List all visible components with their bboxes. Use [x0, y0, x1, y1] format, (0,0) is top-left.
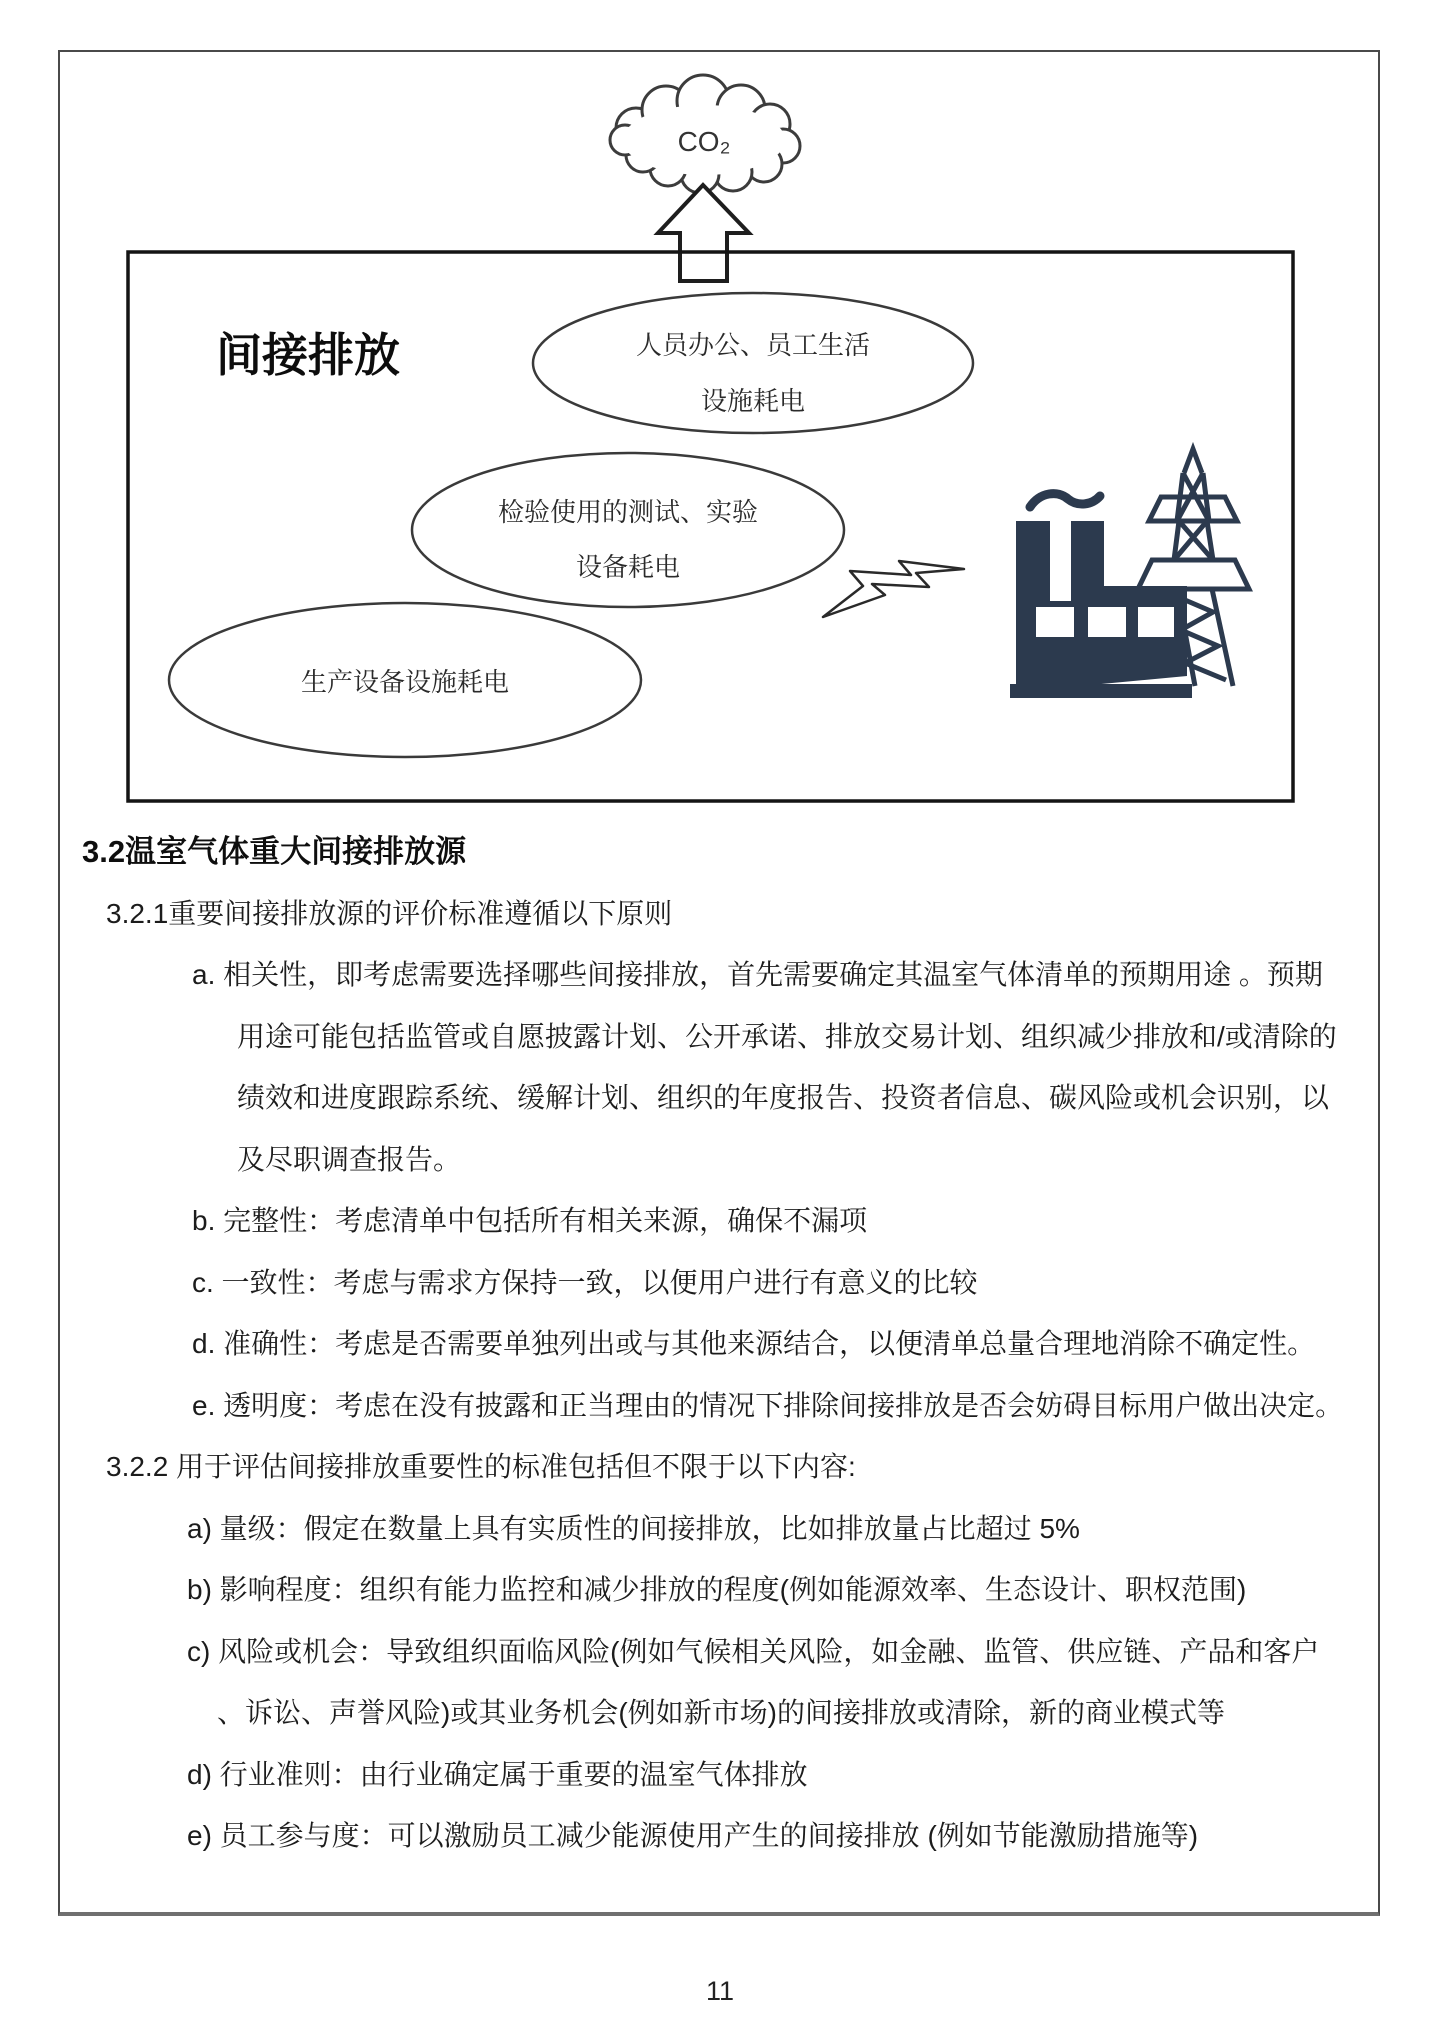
power-plant-icon [1010, 449, 1249, 698]
section-title-3-2-2: 3.2.2 用于评估间接排放重要性的标准包括但不限于以下内容: [0, 1436, 1440, 1498]
section-heading-3-2: 3.2温室气体重大间接排放源 [0, 821, 1440, 883]
oval-testing-line1: 检验使用的测试、实验 [498, 497, 758, 527]
oval-production-line1: 生产设备设施耗电 [301, 667, 509, 697]
document-page: CO₂ 间接排放 人员办公、员工生活 设施耗电 检验使用的测试、实验 设备耗电 … [0, 0, 1440, 2036]
oval-office-power: 人员办公、员工生活 设施耗电 [533, 293, 973, 433]
diagram-title: 间接排放 [216, 329, 400, 381]
co2-cloud-icon: CO₂ [610, 75, 800, 193]
s321-item-c: c. 一致性：考虑与需求方保持一致，以便用户进行有意义的比较 [0, 1252, 1440, 1314]
section-title-3-2-1: 3.2.1重要间接排放源的评价标准遵循以下原则 [0, 883, 1440, 945]
s322-item-c-line1: c) 风险或机会：导致组织面临风险(例如气候相关风险，如金融、监管、供应链、产品… [0, 1621, 1440, 1683]
s321-item-a-line3: 绩效和进度跟踪系统、缓解计划、组织的年度报告、投资者信息、碳风险或机会识别，以 [0, 1067, 1440, 1129]
s322-item-a: a) 量级：假定在数量上具有实质性的间接排放，比如排放量占比超过 5% [0, 1498, 1440, 1560]
s322-item-d: d) 行业准则：由行业确定属于重要的温室气体排放 [0, 1744, 1440, 1806]
document-body: 3.2温室气体重大间接排放源 3.2.1重要间接排放源的评价标准遵循以下原则 a… [0, 821, 1440, 1867]
s321-item-a-line2: 用途可能包括监管或自愿披露计划、公开承诺、排放交易计划、组织减少排放和/或清除的 [0, 1006, 1440, 1068]
co2-label: CO₂ [678, 126, 731, 157]
factory-icon [1010, 494, 1192, 698]
oval-testing-power: 检验使用的测试、实验 设备耗电 [412, 453, 844, 607]
oval-testing-line2: 设备耗电 [576, 552, 680, 582]
s321-item-e: e. 透明度：考虑在没有披露和正当理由的情况下排除间接排放是否会妨碍目标用户做出… [0, 1375, 1440, 1437]
s322-item-e: e) 员工参与度：可以激励员工减少能源使用产生的间接排放 (例如节能激励措施等) [0, 1805, 1440, 1867]
lightning-icon [823, 561, 964, 617]
s321-item-b: b. 完整性：考虑清单中包括所有相关来源，确保不漏项 [0, 1190, 1440, 1252]
up-arrow-icon [658, 185, 749, 281]
oval-production-power: 生产设备设施耗电 [169, 603, 641, 757]
oval-office-line1: 人员办公、员工生活 [636, 330, 870, 360]
s322-item-c-line2: 、诉讼、声誉风险)或其业务机会(例如新市场)的间接排放或清除，新的商业模式等 [0, 1682, 1440, 1744]
s321-item-d: d. 准确性：考虑是否需要单独列出或与其他来源结合，以便清单总量合理地消除不确定… [0, 1313, 1440, 1375]
page-number: 11 [0, 1976, 1440, 2007]
indirect-emissions-diagram: CO₂ 间接排放 人员办公、员工生活 设施耗电 检验使用的测试、实验 设备耗电 … [0, 0, 1440, 820]
s321-item-a-line4: 及尽职调查报告。 [0, 1129, 1440, 1191]
s321-item-a-line1: a. 相关性，即考虑需要选择哪些间接排放，首先需要确定其温室气体清单的预期用途 … [0, 944, 1440, 1006]
s322-item-b: b) 影响程度：组织有能力监控和减少排放的程度(例如能源效率、生态设计、职权范围… [0, 1559, 1440, 1621]
oval-office-line2: 设施耗电 [701, 386, 805, 416]
